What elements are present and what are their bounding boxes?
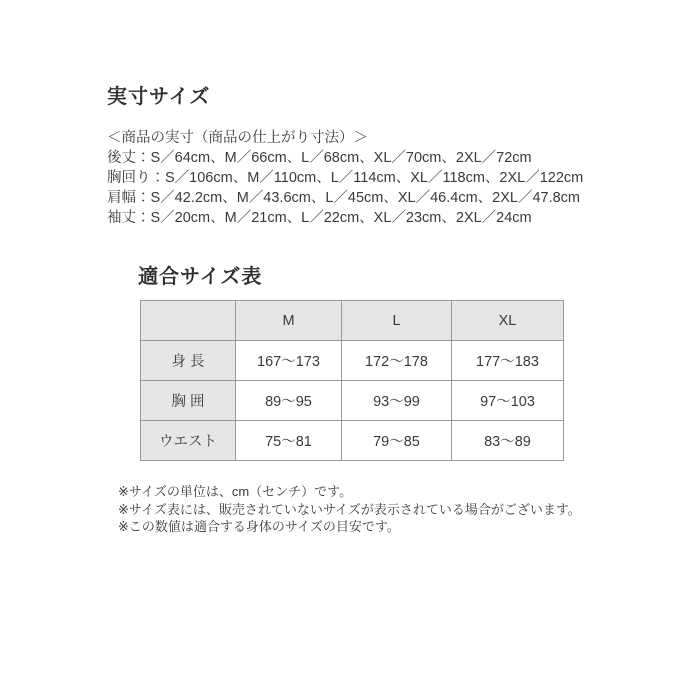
table-header-empty-cell: [141, 301, 236, 341]
note-unit: ※サイズの単位は、cm（センチ）です。: [118, 483, 581, 501]
row-label-chest: 胸 囲: [141, 381, 236, 421]
height-value-xl: 177〜183: [452, 341, 564, 381]
table-header-size-l: L: [342, 301, 452, 341]
chest-value-xl: 97〜103: [452, 381, 564, 421]
height-value-m: 167〜173: [236, 341, 342, 381]
actual-size-intro: ＜商品の実寸（商品の仕上がり寸法）＞: [107, 128, 583, 148]
table-header-size-xl: XL: [452, 301, 564, 341]
actual-size-title: 実寸サイズ: [107, 80, 210, 109]
row-label-height: 身 長: [141, 341, 236, 381]
waist-value-l: 79〜85: [342, 421, 452, 461]
height-value-l: 172〜178: [342, 341, 452, 381]
footnotes-block: ※サイズの単位は、cm（センチ）です。 ※サイズ表には、販売されていないサイズが…: [118, 483, 581, 536]
table-row-waist: ウエスト 75〜81 79〜85 83〜89: [141, 421, 564, 461]
measurement-line-back-length: 後丈：S／64cm、M／66cm、L／68cm、XL／70cm、2XL／72cm: [107, 148, 583, 168]
table-header-size-m: M: [236, 301, 342, 341]
fit-size-title: 適合サイズ表: [138, 260, 262, 289]
waist-value-m: 75〜81: [236, 421, 342, 461]
measurement-line-chest: 胸回り：S／106cm、M／110cm、L／114cm、XL／118cm、2XL…: [107, 168, 583, 188]
actual-size-text-block: ＜商品の実寸（商品の仕上がり寸法）＞ 後丈：S／64cm、M／66cm、L／68…: [107, 128, 583, 228]
table-row-height: 身 長 167〜173 172〜178 177〜183: [141, 341, 564, 381]
row-label-waist: ウエスト: [141, 421, 236, 461]
note-unsold-sizes: ※サイズ表には、販売されていないサイズが表示されている場合がございます。: [118, 501, 581, 519]
fit-size-table: M L XL 身 長 167〜173 172〜178 177〜183 胸 囲 8…: [140, 300, 564, 461]
waist-value-xl: 83〜89: [452, 421, 564, 461]
note-guideline: ※この数値は適合する身体のサイズの目安です。: [118, 518, 581, 536]
measurement-line-shoulder: 肩幅：S／42.2cm、M／43.6cm、L／45cm、XL／46.4cm、2X…: [107, 188, 583, 208]
size-info-page: 実寸サイズ ＜商品の実寸（商品の仕上がり寸法）＞ 後丈：S／64cm、M／66c…: [0, 0, 680, 680]
table-row-chest: 胸 囲 89〜95 93〜99 97〜103: [141, 381, 564, 421]
chest-value-l: 93〜99: [342, 381, 452, 421]
chest-value-m: 89〜95: [236, 381, 342, 421]
measurement-line-sleeve: 袖丈：S／20cm、M／21cm、L／22cm、XL／23cm、2XL／24cm: [107, 208, 583, 228]
table-header-row: M L XL: [141, 301, 564, 341]
